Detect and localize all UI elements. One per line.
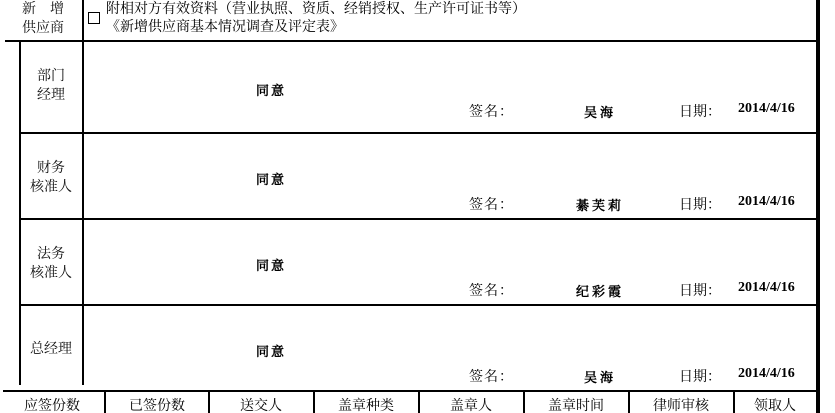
footer-header-seal-time: 盖章时间 — [524, 395, 628, 413]
role-label-dept-manager: 部门 经理 — [20, 67, 82, 105]
attachments-text-line2: 《新增供应商基本情况调查及评定表》 — [106, 18, 344, 37]
attachments-checkbox[interactable] — [88, 12, 100, 24]
role-column-border — [82, 40, 84, 385]
row-line-1 — [19, 132, 819, 134]
footer-header-required-copies: 应签份数 — [0, 395, 104, 413]
footer-header-signed-copies: 已签份数 — [105, 395, 209, 413]
sign-label: 签名： — [469, 280, 514, 300]
footer-header-lawyer-review: 律师审核 — [629, 395, 733, 413]
footer-header-seal-type: 盖章种类 — [314, 395, 418, 413]
footer-header-submitter: 送交人 — [209, 395, 313, 413]
role-label-legal-approver: 法务 核准人 — [20, 245, 82, 283]
attachments-text-line1: 附相对方有效资料（营业执照、资质、经销授权、生产许可证书等） — [106, 0, 526, 19]
new-supplier-label-line2: 供应商 — [8, 19, 78, 38]
signer-name: 纪彩霞 — [576, 281, 624, 300]
footer-header-recipient: 领取人 — [734, 395, 816, 413]
new-supplier-label: 新 增 供应商 — [8, 0, 78, 38]
role-label-finance-approver: 财务 核准人 — [20, 159, 82, 197]
row-line-top — [5, 40, 819, 42]
footer-header-sealer: 盖章人 — [419, 395, 523, 413]
top-divider-vertical — [82, 0, 84, 42]
opinion-text: 同意 — [256, 341, 286, 360]
right-border — [816, 0, 820, 413]
sign-label: 签名： — [469, 366, 514, 386]
row-line-3 — [19, 304, 819, 306]
role-label-general-manager: 总经理 — [20, 340, 82, 359]
date-label: 日期： — [679, 194, 721, 214]
row-line-bottom — [3, 390, 819, 392]
date-value: 2014/4/16 — [738, 280, 795, 296]
sign-label: 签名： — [469, 194, 514, 214]
date-label: 日期： — [679, 101, 721, 121]
opinion-text: 同意 — [256, 169, 286, 188]
opinion-text: 同意 — [256, 255, 286, 274]
date-label: 日期： — [679, 280, 721, 300]
signer-name: 吴海 — [584, 367, 616, 386]
signer-name: 吴海 — [584, 102, 616, 121]
signer-name: 綦芙莉 — [576, 195, 624, 214]
date-value: 2014/4/16 — [738, 101, 795, 117]
opinion-text: 同意 — [256, 80, 286, 99]
date-value: 2014/4/16 — [738, 366, 795, 382]
date-label: 日期： — [679, 366, 721, 386]
date-value: 2014/4/16 — [738, 194, 795, 210]
sign-label: 签名： — [469, 101, 514, 121]
new-supplier-label-line1: 新 增 — [8, 0, 78, 19]
row-line-2 — [19, 218, 819, 220]
